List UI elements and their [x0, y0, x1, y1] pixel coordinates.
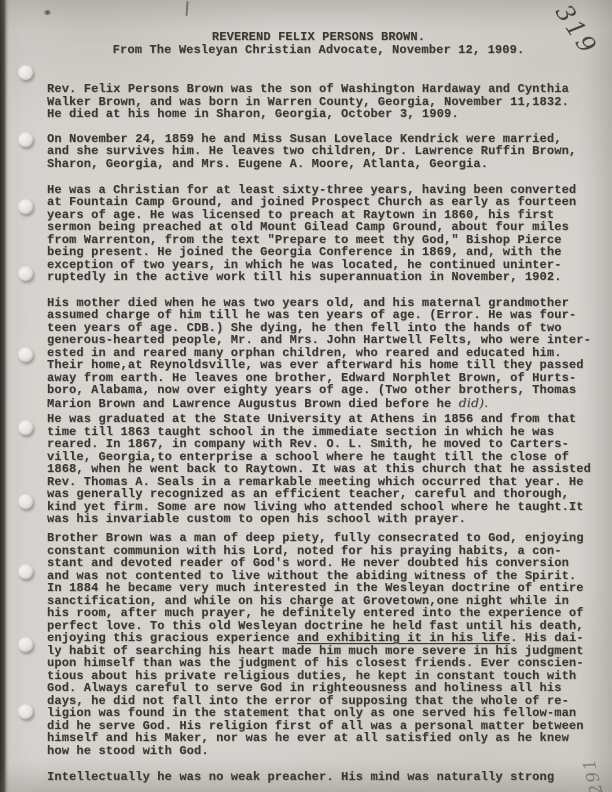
typewritten-text: REVEREND FELIX PERSONS BROWN. From The W…: [0, 0, 612, 792]
title-block: REVEREND FELIX PERSONS BROWN. From The W…: [47, 31, 590, 56]
text-line: himself and his Maker, nor was he ever a…: [47, 732, 590, 745]
text-line: generous-hearted people, Mr. and Mrs. Jo…: [47, 334, 590, 347]
text-line: 1868, when he went back to Raytown. It w…: [47, 463, 590, 476]
text-line: reared. In 1867, in company with Rev. O.…: [47, 438, 590, 451]
paragraph-intellect: Intellectually he was no weak preacher. …: [47, 771, 590, 784]
text-line: was his invariable custom to open his sc…: [47, 513, 590, 526]
text-line: Brother Brown was a man of deep piety, f…: [47, 532, 590, 545]
paragraph-marriage: On November 24, 1859 he and Miss Susan L…: [47, 133, 590, 171]
document-subtitle: From The Wesleyan Christian Advocate, No…: [47, 44, 590, 57]
text-line: Marion Brown and Lawrence Augustus Brown…: [47, 397, 590, 411]
text-line: and she survives him. He leaves two chil…: [47, 145, 590, 158]
text-line: his room, after much prayer, he definite…: [47, 607, 590, 620]
paragraph-piety: Brother Brown was a man of deep piety, f…: [47, 532, 590, 757]
text-line: In 1884 he became very much interested i…: [47, 582, 590, 595]
text-line: was generally recognized as an efficient…: [47, 488, 590, 501]
text-line: God. Always careful to serve God in righ…: [47, 682, 590, 695]
text-line: ruptedly in the active work till his sup…: [47, 271, 590, 284]
text-line: Sharon, Georgia, and Mrs. Eugene A. Moor…: [47, 158, 590, 171]
text-line: assumed charge of him till he was ten ye…: [47, 309, 590, 322]
text-line: being present. He joined the Georgia Con…: [47, 246, 590, 259]
text-line: Intellectually he was no weak preacher. …: [47, 771, 590, 784]
scanned-document-page: 319 291 REVEREND FELIX PERSONS BROWN. Fr…: [0, 0, 612, 792]
text-line: enjoying this gracious experience and ex…: [47, 632, 590, 645]
text-line: how he stood with God.: [47, 745, 590, 758]
paragraph-education: He was graduated at the State University…: [47, 413, 590, 526]
paragraph-family: His mother died when he was two years ol…: [47, 297, 590, 411]
text-line: sermon being preached at old Mount Gilea…: [47, 221, 590, 234]
text-line: He died at his home in Sharon, Georgia, …: [47, 108, 590, 121]
text-line: ligion was found in the statement that o…: [47, 707, 590, 720]
text-line: upon himself than was the judgment of hi…: [47, 657, 590, 670]
text-line: Their home,at Reynoldsville, was ever af…: [47, 359, 590, 372]
paragraph-birth-death: Rev. Felix Persons Brown was the son of …: [47, 83, 590, 121]
text-line: Rev. Felix Persons Brown was the son of …: [47, 83, 590, 96]
text-line: boro, Alabama, now over eighty years of …: [47, 384, 590, 397]
text-line: stant and devoted reader of God's word. …: [47, 557, 590, 570]
paragraph-christian-life: He was a Christian for at least sixty-th…: [47, 184, 590, 284]
text-line: He was graduated at the State University…: [47, 413, 590, 426]
ink-speck: [44, 10, 51, 15]
text-line: at Fountain Camp Ground, and joined Pros…: [47, 196, 590, 209]
document-title: REVEREND FELIX PERSONS BROWN.: [47, 31, 590, 44]
